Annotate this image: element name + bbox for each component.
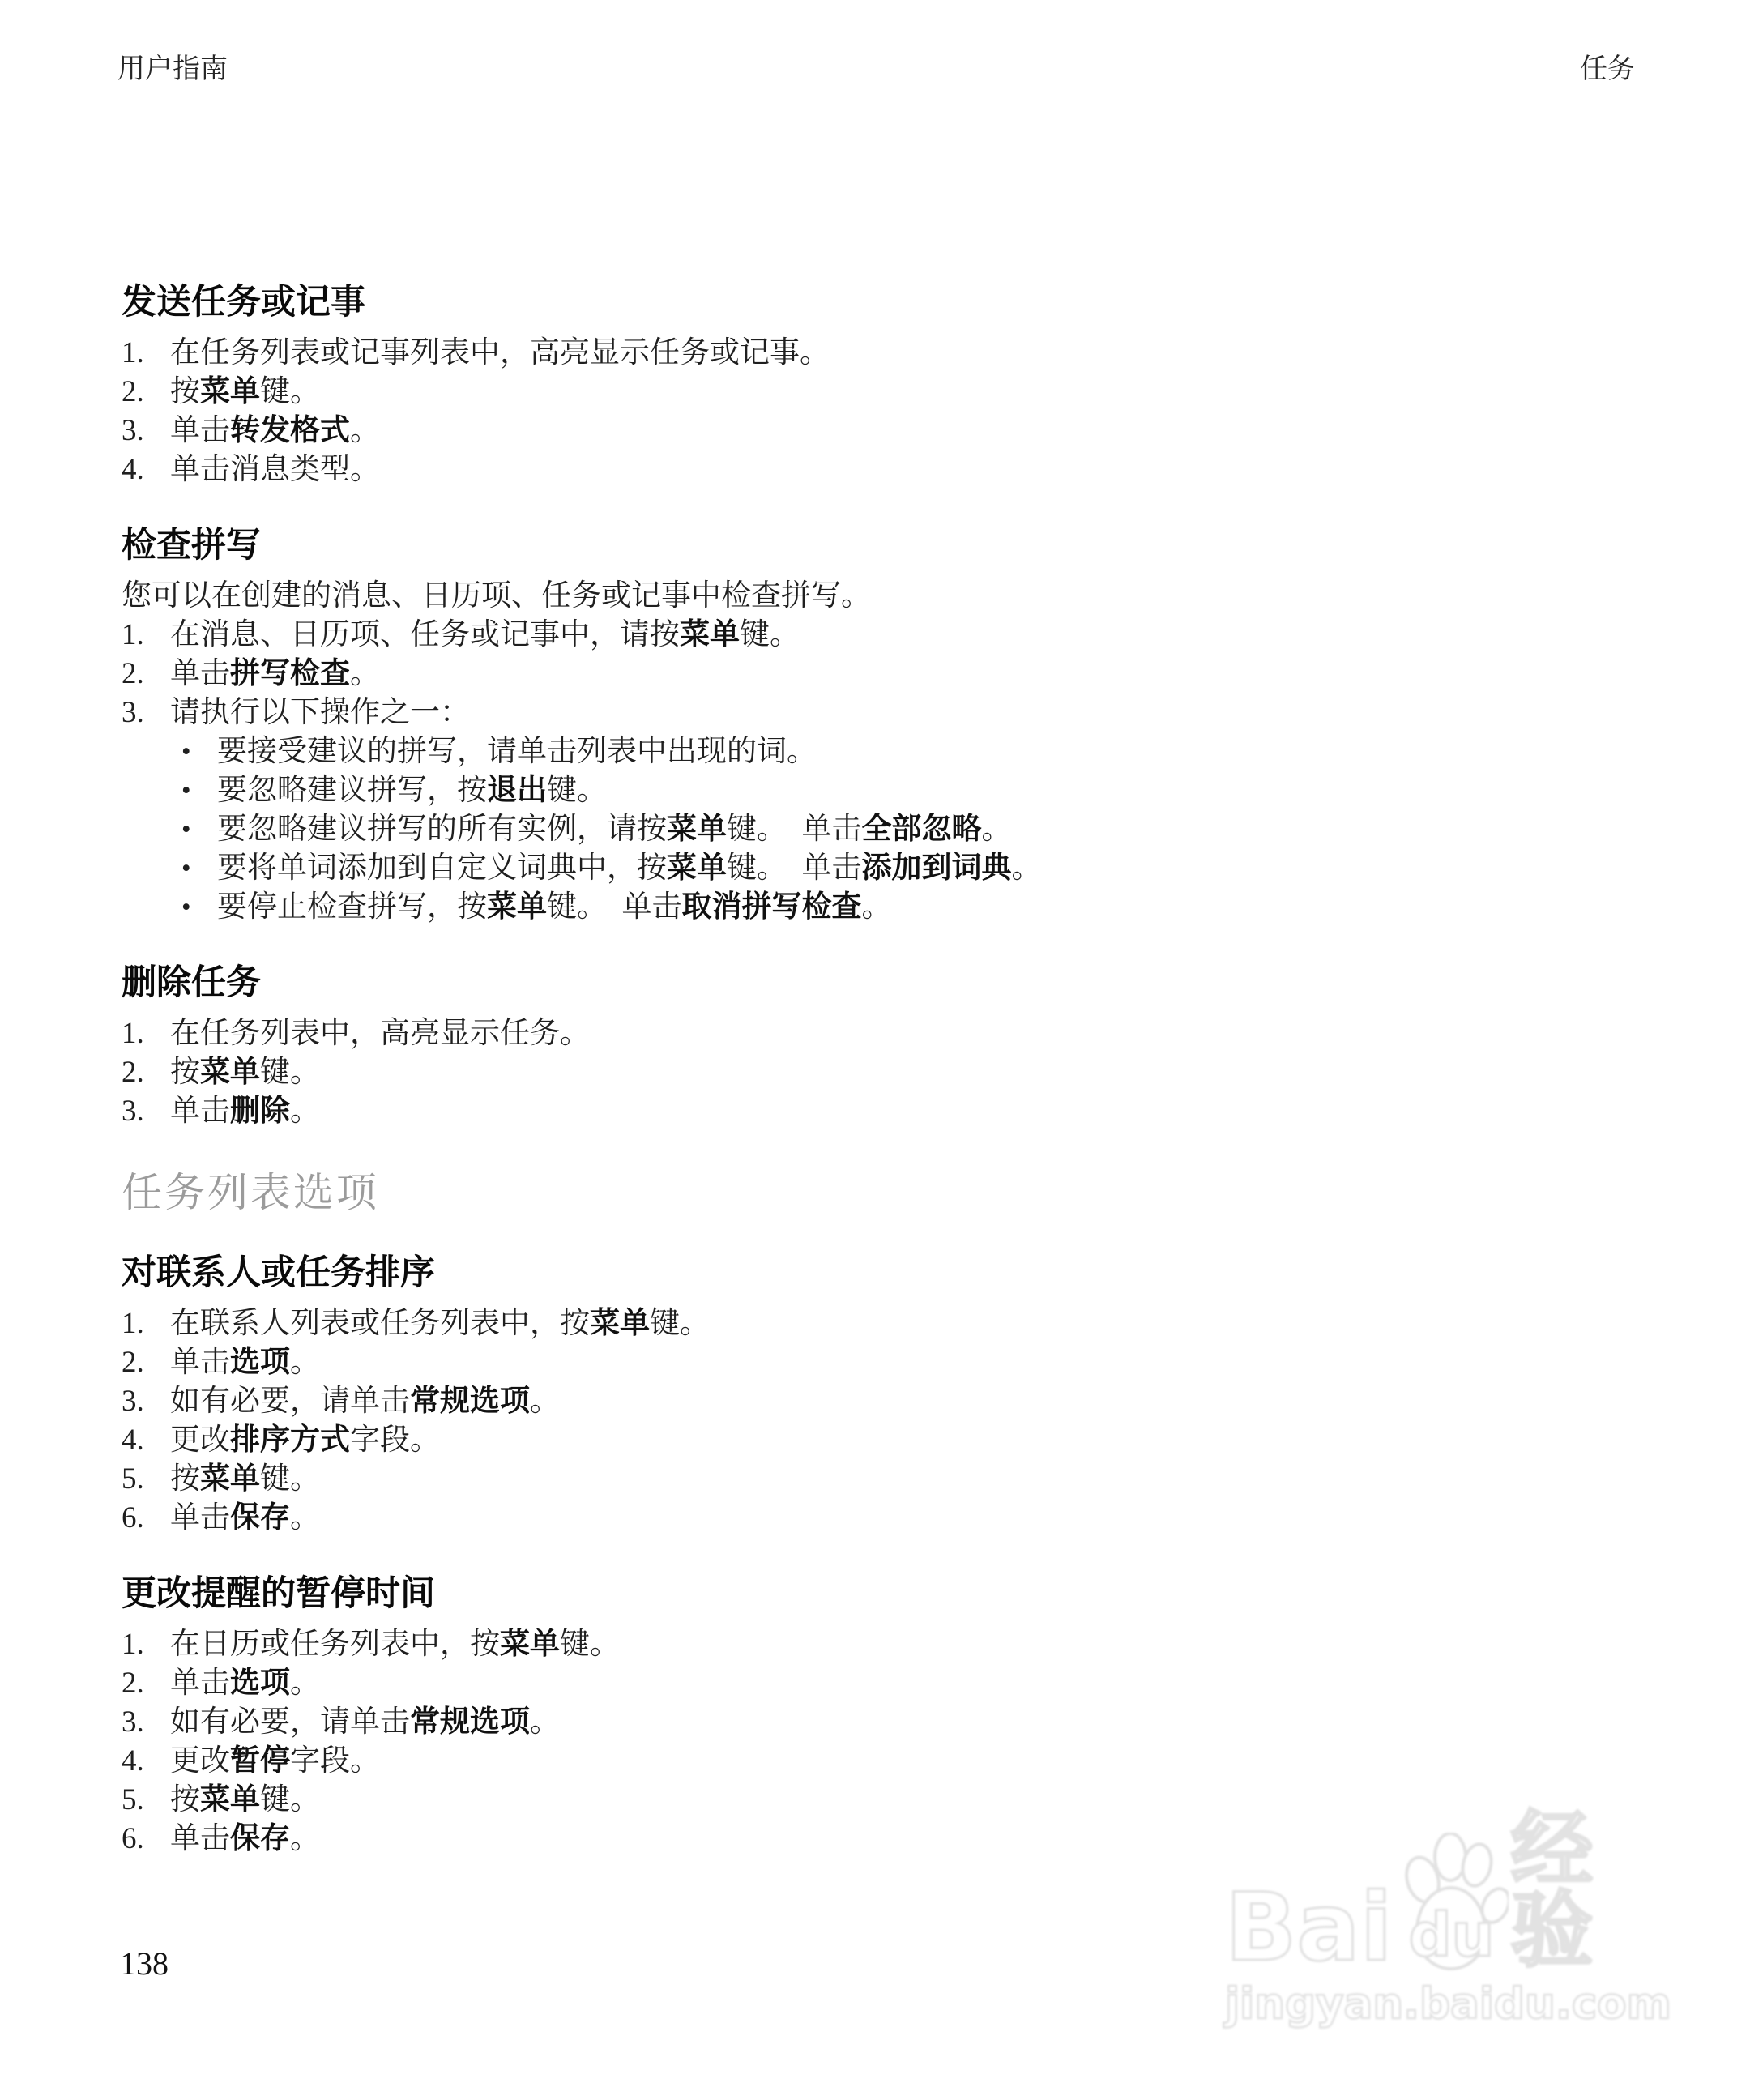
bold-term: 菜单 [667,813,727,846]
paw-icon: du [1394,1833,1509,1972]
list-text: 在消息、日历项、任务或记事中，请按菜单键。 [170,616,1637,655]
list-marker: 1. [122,1014,170,1053]
task-section: 更改提醒的暂停时间1.在日历或任务列表中，按菜单键。2.单击选项。3.如有必要，… [122,1573,1637,1859]
chapter-heading: 任务列表选项 [122,1168,1637,1217]
list-item: 2.按菜单键。 [122,373,1637,412]
list-text: 单击保存。 [170,1499,1637,1538]
text-run: 键。 [260,1462,320,1496]
text-run: 在任务列表中，高亮显示任务。 [170,1017,590,1050]
bold-term: 选项 [230,1346,290,1379]
section-heading: 删除任务 [122,962,1637,1005]
list-text: 更改暂停字段。 [170,1742,1637,1781]
bold-term: 添加到词典 [862,852,1012,885]
header-right-label: 任务 [1580,53,1635,86]
text-run: 字段。 [290,1744,380,1778]
text-run: 字段。 [350,1423,440,1457]
text-run: 。 [530,1705,560,1739]
bold-term: 菜单 [487,890,547,924]
list-item: 4.更改排序方式字段。 [122,1421,1637,1460]
list-text: 单击选项。 [170,1343,1637,1382]
text-run: 按 [170,1783,200,1816]
bullet-marker: • [181,849,217,888]
list-marker: 5. [122,1781,170,1820]
list-item: 4.单击消息类型。 [122,450,1637,489]
list-item: •要忽略建议拼写的所有实例，请按菜单键。 单击全部忽略。 [122,810,1637,849]
list-marker: 1. [122,334,170,373]
text-run: 键。 [260,1056,320,1089]
bullet-marker: • [181,888,217,927]
text-run: 在消息、日历项、任务或记事中，请按 [170,618,680,651]
list-item: 6.单击保存。 [122,1499,1637,1538]
bold-term: 菜单 [590,1307,650,1340]
list-text: 按菜单键。 [170,373,1637,412]
text-run: 。 [350,657,380,690]
section-intro: 您可以在创建的消息、日历项、任务或记事中检查拼写。 [122,577,1637,616]
list-marker: 2. [122,1053,170,1092]
text-run: 单击 [170,1346,230,1379]
list-item: 3.单击删除。 [122,1092,1637,1131]
list-marker: 2. [122,1664,170,1703]
text-run: 键。 [560,1628,620,1661]
bullet-list: •要接受建议的拼写，请单击列表中出现的词。•要忽略建议拼写，按退出键。•要忽略建… [122,732,1637,927]
task-section: 对联系人或任务排序1.在联系人列表或任务列表中，按菜单键。2.单击选项。3.如有… [122,1253,1637,1538]
text-run: 在联系人列表或任务列表中，按 [170,1307,590,1340]
list-item: 2.按菜单键。 [122,1053,1637,1092]
text-run: 在日历或任务列表中，按 [170,1628,500,1661]
text-run: 要接受建议的拼写，请单击列表中出现的词。 [217,735,817,768]
text-run: 键。 单击 [547,890,682,924]
text-run: 单击 [170,657,230,690]
bullet-marker: • [181,732,217,771]
list-marker: 1. [122,1304,170,1343]
text-run: 。 [1012,852,1042,885]
text-run: 键。 [740,618,800,651]
list-item: 1.在消息、日历项、任务或记事中，请按菜单键。 [122,616,1637,655]
list-text: 按菜单键。 [170,1053,1637,1092]
text-run: 请执行以下操作之一： [170,696,470,729]
text-run: 单击 [170,1095,230,1128]
text-run: 。 [530,1385,560,1418]
list-marker: 4. [122,450,170,489]
header-left-label: 用户指南 [117,53,228,86]
text-run: 。 [290,1346,320,1379]
bullet-marker: • [181,771,217,810]
list-marker: 3. [122,1382,170,1421]
ordered-list: 1.在联系人列表或任务列表中，按菜单键。2.单击选项。3.如有必要，请单击常规选… [122,1304,1637,1538]
list-item: 1.在任务列表或记事列表中，高亮显示任务或记事。 [122,334,1637,373]
list-item: 2.单击拼写检查。 [122,655,1637,694]
bold-term: 转发格式 [230,414,350,447]
list-text: 要接受建议的拼写，请单击列表中出现的词。 [217,732,1637,771]
text-run: 键。 单击 [727,813,862,846]
text-run: 单击 [170,1501,230,1534]
section-heading: 更改提醒的暂停时间 [122,1573,1637,1616]
list-item: 4.更改暂停字段。 [122,1742,1637,1781]
section-heading: 发送任务或记事 [122,282,1637,324]
text-run: 在任务列表或记事列表中，高亮显示任务或记事。 [170,336,830,369]
bold-term: 退出 [487,774,547,807]
list-text: 要停止检查拼写，按菜单键。 单击取消拼写检查。 [217,888,1637,927]
list-text: 单击删除。 [170,1092,1637,1131]
list-text: 如有必要，请单击常规选项。 [170,1382,1637,1421]
bold-term: 菜单 [200,375,260,408]
list-item: 1.在日历或任务列表中，按菜单键。 [122,1625,1637,1664]
text-run: 更改 [170,1744,230,1778]
text-run: 按 [170,375,200,408]
list-text: 在任务列表或记事列表中，高亮显示任务或记事。 [170,334,1637,373]
list-marker: 4. [122,1742,170,1781]
bold-term: 菜单 [200,1783,260,1816]
ordered-list: 1.在日历或任务列表中，按菜单键。2.单击选项。3.如有必要，请单击常规选项。4… [122,1625,1637,1859]
list-marker: 2. [122,1343,170,1382]
ordered-list: 1.在任务列表或记事列表中，高亮显示任务或记事。2.按菜单键。3.单击转发格式。… [122,334,1637,489]
list-item: •要接受建议的拼写，请单击列表中出现的词。 [122,732,1637,771]
bold-term: 常规选项 [410,1705,530,1739]
list-text: 单击拼写检查。 [170,655,1637,694]
bold-term: 拼写检查 [230,657,350,690]
watermark-logo-row: Bai du 经验 [1225,1833,1667,1972]
list-marker: 5. [122,1460,170,1499]
list-text: 按菜单键。 [170,1781,1637,1820]
bold-term: 菜单 [667,852,727,885]
text-run: 。 [350,414,380,447]
list-item: 2.单击选项。 [122,1343,1637,1382]
ordered-list: 1.在任务列表中，高亮显示任务。2.按菜单键。3.单击删除。 [122,1014,1637,1131]
list-item: 2.单击选项。 [122,1664,1637,1703]
list-item: 3.请执行以下操作之一： [122,694,1637,732]
bold-term: 常规选项 [410,1385,530,1418]
list-text: 按菜单键。 [170,1460,1637,1499]
text-run: 。 [982,813,1012,846]
text-run: 键。 [260,1783,320,1816]
list-item: 5.按菜单键。 [122,1781,1637,1820]
list-text: 在任务列表中，高亮显示任务。 [170,1014,1637,1053]
list-marker: 2. [122,373,170,412]
baidu-jingyan-watermark: Bai du 经验 jingyan.baidu.com [1225,1833,1667,2029]
text-run: 键。 [260,375,320,408]
text-run: 。 [290,1822,320,1855]
bold-term: 菜单 [680,618,740,651]
list-marker: 1. [122,616,170,655]
list-item: 3.单击转发格式。 [122,412,1637,450]
bold-term: 菜单 [500,1628,560,1661]
list-item: •要忽略建议拼写，按退出键。 [122,771,1637,810]
section-heading: 检查拼写 [122,525,1637,567]
text-run: 要忽略建议拼写，按 [217,774,487,807]
list-text: 单击选项。 [170,1664,1637,1703]
text-run: 单击 [170,1667,230,1700]
list-text: 单击消息类型。 [170,450,1637,489]
text-run: 更改 [170,1423,230,1457]
list-marker: 3. [122,1092,170,1131]
text-run: 。 [290,1095,320,1128]
section-heading: 对联系人或任务排序 [122,1253,1637,1295]
bold-term: 菜单 [200,1056,260,1089]
text-run: 。 [862,890,892,924]
watermark-bai-text: Bai [1225,1885,1392,1972]
text-run: 按 [170,1056,200,1089]
list-marker: 2. [122,655,170,694]
list-item: 1.在联系人列表或任务列表中，按菜单键。 [122,1304,1637,1343]
bold-term: 选项 [230,1667,290,1700]
list-text: 要忽略建议拼写，按退出键。 [217,771,1637,810]
list-item: 5.按菜单键。 [122,1460,1637,1499]
list-text: 请执行以下操作之一： [170,694,1637,732]
document-page: { "header": { "left": "用户指南", "right": "… [0,0,1750,2100]
text-run: 单击 [170,1822,230,1855]
text-run: 按 [170,1462,200,1496]
text-run: 键。 [650,1307,710,1340]
task-section: 发送任务或记事1.在任务列表或记事列表中，高亮显示任务或记事。2.按菜单键。3.… [122,282,1637,489]
page-number: 138 [120,1944,169,1983]
list-text: 单击转发格式。 [170,412,1637,450]
task-section: 检查拼写您可以在创建的消息、日历项、任务或记事中检查拼写。1.在消息、日历项、任… [122,525,1637,927]
watermark-du-text: du [1409,1906,1495,1966]
task-section: 删除任务1.在任务列表中，高亮显示任务。2.按菜单键。3.单击删除。 [122,962,1637,1131]
text-run: 键。 单击 [727,852,862,885]
page-content: 发送任务或记事1.在任务列表或记事列表中，高亮显示任务或记事。2.按菜单键。3.… [122,282,1637,1859]
text-run: 键。 [547,774,607,807]
page-header: 用户指南 任务 [117,53,1635,86]
list-text: 在日历或任务列表中，按菜单键。 [170,1625,1637,1664]
bold-term: 保存 [230,1822,290,1855]
watermark-jingyan-text: 经验 [1510,1810,1667,1972]
text-run: 单击消息类型。 [170,453,380,486]
text-run: 要停止检查拼写，按 [217,890,487,924]
list-item: 1.在任务列表中，高亮显示任务。 [122,1014,1637,1053]
text-run: 单击 [170,414,230,447]
watermark-url-text: jingyan.baidu.com [1225,1980,1667,2029]
bold-term: 删除 [230,1095,290,1128]
bold-term: 菜单 [200,1462,260,1496]
bold-term: 暂停 [230,1744,290,1778]
list-marker: 1. [122,1625,170,1664]
bold-term: 取消拼写检查 [682,890,862,924]
list-text: 要将单词添加到自定义词典中，按菜单键。 单击添加到词典。 [217,849,1637,888]
list-marker: 4. [122,1421,170,1460]
list-marker: 3. [122,694,170,732]
list-marker: 6. [122,1820,170,1859]
text-run: 。 [290,1501,320,1534]
bold-term: 排序方式 [230,1423,350,1457]
text-run: 要将单词添加到自定义词典中，按 [217,852,667,885]
list-text: 在联系人列表或任务列表中，按菜单键。 [170,1304,1637,1343]
bold-term: 全部忽略 [862,813,982,846]
list-marker: 6. [122,1499,170,1538]
text-run: 如有必要，请单击 [170,1385,410,1418]
text-run: 要忽略建议拼写的所有实例，请按 [217,813,667,846]
text-run: 。 [290,1667,320,1700]
list-text: 如有必要，请单击常规选项。 [170,1703,1637,1742]
bullet-marker: • [181,810,217,849]
bold-term: 保存 [230,1501,290,1534]
list-marker: 3. [122,1703,170,1742]
list-item: •要停止检查拼写，按菜单键。 单击取消拼写检查。 [122,888,1637,927]
list-marker: 3. [122,412,170,450]
list-text: 要忽略建议拼写的所有实例，请按菜单键。 单击全部忽略。 [217,810,1637,849]
list-item: •要将单词添加到自定义词典中，按菜单键。 单击添加到词典。 [122,849,1637,888]
list-item: 3.如有必要，请单击常规选项。 [122,1382,1637,1421]
list-text: 更改排序方式字段。 [170,1421,1637,1460]
list-item: 3.如有必要，请单击常规选项。 [122,1703,1637,1742]
ordered-list: 1.在消息、日历项、任务或记事中，请按菜单键。2.单击拼写检查。3.请执行以下操… [122,616,1637,732]
text-run: 如有必要，请单击 [170,1705,410,1739]
